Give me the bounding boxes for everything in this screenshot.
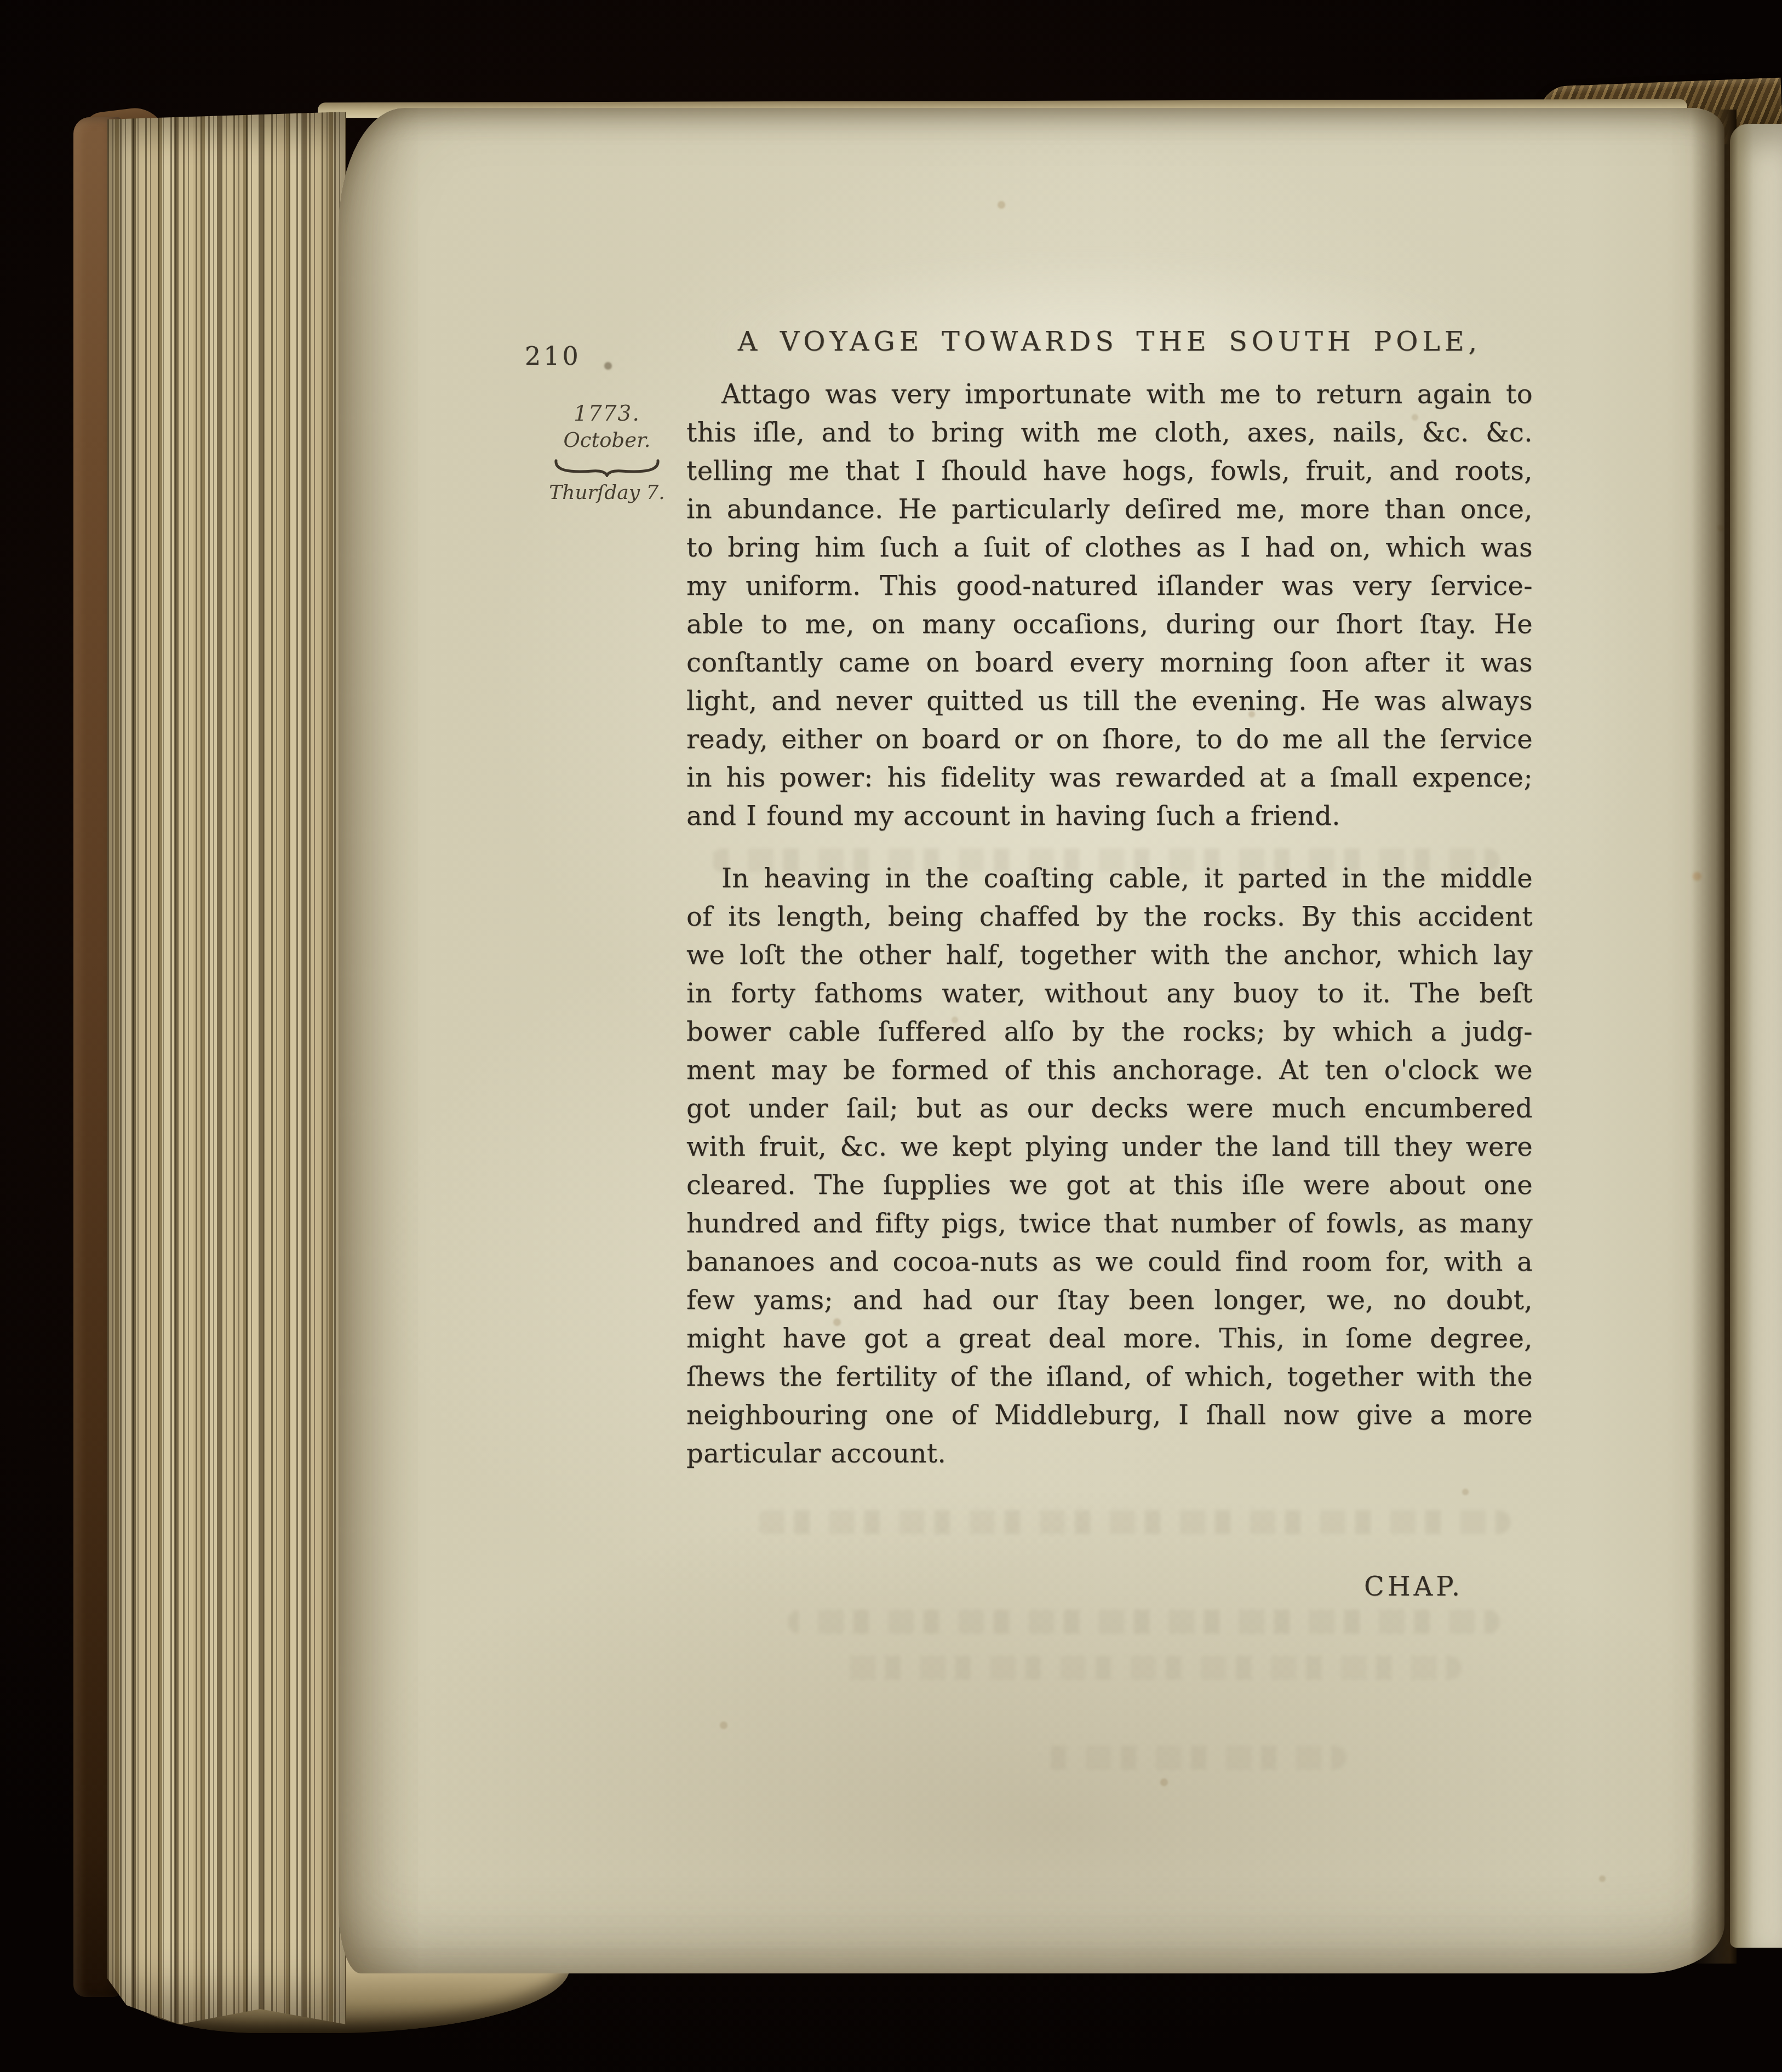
margin-note-month: October. xyxy=(546,428,668,452)
text-line: bower cable ſuffered alſo by the rocks; … xyxy=(686,1013,1533,1051)
brace-icon xyxy=(553,457,661,477)
page-number: 210 xyxy=(525,341,634,371)
text-line: particular account. xyxy=(686,1434,1533,1473)
show-through-ghost xyxy=(832,1656,1462,1680)
margin-note-day: Thurſday 7. xyxy=(546,481,668,504)
text-line: with fruit, &c. we kept plying under the… xyxy=(686,1128,1533,1166)
text-line: in abundance. He particularly deſired me… xyxy=(686,490,1533,529)
page-edges-stack xyxy=(107,112,346,2024)
foxing-specks xyxy=(339,108,344,113)
text-line: telling me that I ſhould have hogs, fowl… xyxy=(686,452,1533,490)
text-line: in his power: his fidelity was rewarded … xyxy=(686,759,1533,797)
text-line: bananoes and cocoa-nuts as we could find… xyxy=(686,1243,1533,1281)
text-line: we loſt the other half, together with th… xyxy=(686,936,1533,974)
text-line: few yams; and had our ſtay been longer, … xyxy=(686,1281,1533,1319)
show-through-ghost xyxy=(711,848,1500,873)
text-line: cleared. The ſupplies we got at this iſl… xyxy=(686,1166,1533,1204)
text-line: hundred and fifty pigs, twice that numbe… xyxy=(686,1204,1533,1243)
margin-note: 1773. October. Thurſday 7. xyxy=(546,401,668,504)
text-line: of its length, being chaffed by the rock… xyxy=(686,898,1533,936)
text-line: might have got a great deal more. This, … xyxy=(686,1319,1533,1358)
text-line: to bring him ſuch a ſuit of clothes as I… xyxy=(686,529,1533,567)
show-through-ghost xyxy=(755,1510,1511,1534)
text-line: ment may be formed of this anchorage. At… xyxy=(686,1051,1533,1089)
text-line: ready, either on board or on ſhore, to d… xyxy=(686,720,1533,759)
text-line: my uniform. This good-natured iſlander w… xyxy=(686,567,1533,605)
margin-note-year: 1773. xyxy=(546,401,668,426)
paragraph: In heaving in the coaſting cable, it par… xyxy=(686,859,1533,1473)
text-line: conſtantly came on board every morning ſ… xyxy=(686,644,1533,682)
body-text: Attago was very importunate with me to r… xyxy=(686,375,1533,1473)
show-through-ghost xyxy=(1040,1746,1346,1770)
text-line: and I found my account in having ſuch a … xyxy=(686,797,1533,835)
catchword: CHAP. xyxy=(686,1571,1533,1602)
text-line: ſhews the fertility of the iſland, of wh… xyxy=(686,1358,1533,1396)
text-line: Attago was very importunate with me to r… xyxy=(686,375,1533,414)
facing-page-sliver xyxy=(1730,124,1782,1948)
running-title: A VOYAGE TOWARDS THE SOUTH POLE, xyxy=(686,326,1533,357)
show-through-ghost xyxy=(788,1610,1500,1634)
text-line: in forty fathoms water, without any buoy… xyxy=(686,974,1533,1013)
text-line: got under ſail; but as our decks were mu… xyxy=(686,1089,1533,1128)
text-line: this iſle, and to bring with me cloth, a… xyxy=(686,414,1533,452)
book-page: 210 A VOYAGE TOWARDS THE SOUTH POLE, 177… xyxy=(339,108,1724,1973)
paragraph: Attago was very importunate with me to r… xyxy=(686,375,1533,835)
photo-backdrop: { "book_page": { "page_number": "210", "… xyxy=(0,0,1782,2072)
text-line: light, and never quitted us till the eve… xyxy=(686,682,1533,720)
text-line: able to me, on many occaſions, during ou… xyxy=(686,605,1533,644)
text-line: neighbouring one of Middleburg, I ſhall … xyxy=(686,1396,1533,1434)
